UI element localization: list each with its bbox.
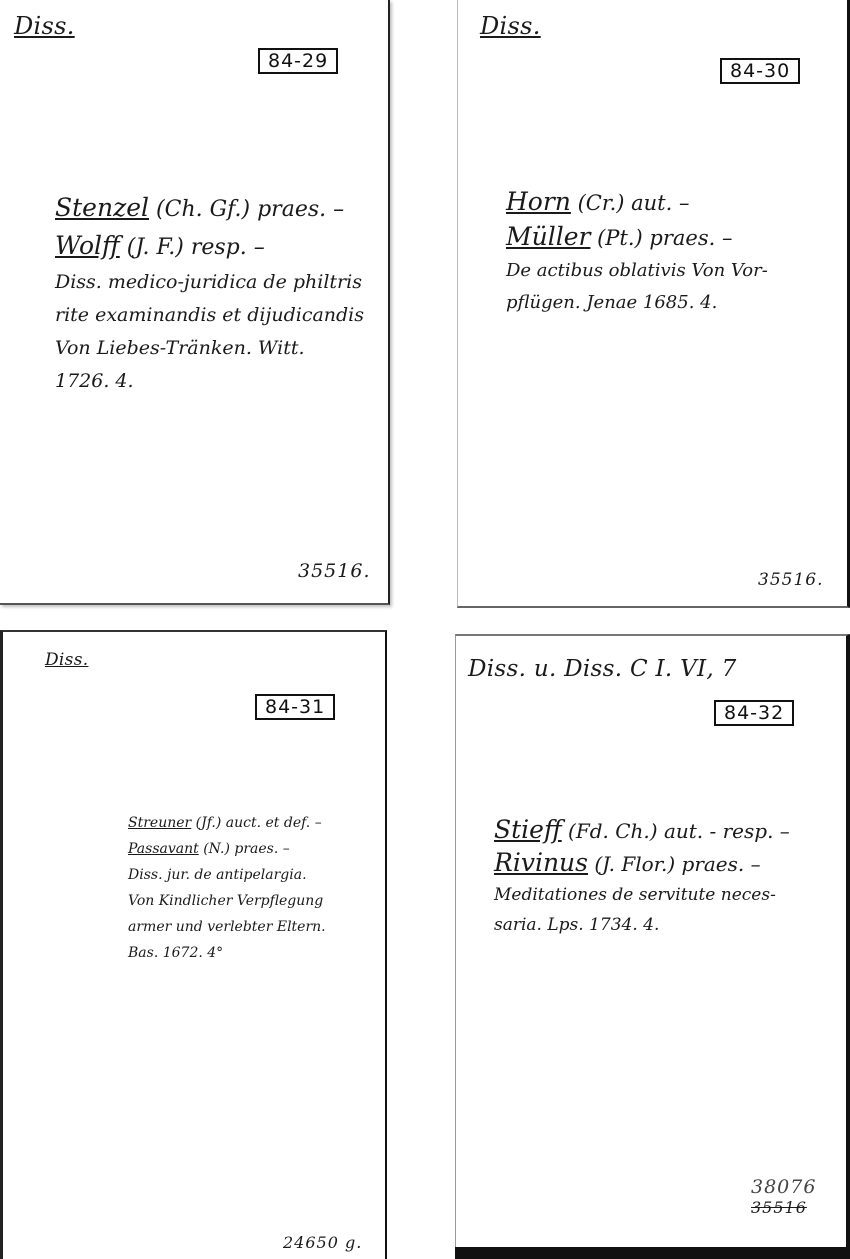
title-line: armer und verlebter Eltern.: [128, 914, 326, 940]
call-number: 84-30: [720, 58, 800, 84]
bibliographic-entry: Streuner (Jf.) auct. et def. – Passavant…: [128, 810, 326, 966]
author-name: Passavant: [128, 841, 199, 857]
bibliographic-entry: Stenzel (Ch. Gf.) praes. – Wolff (J. F.)…: [55, 190, 364, 398]
accession-number: 38076: [751, 1176, 816, 1198]
catalog-card-84-31: Diss. 84-31 Streuner (Jf.) auct. et def.…: [0, 630, 387, 1259]
catalog-card-84-29: Diss. 84-29 Stenzel (Ch. Gf.) praes. – W…: [0, 0, 390, 605]
author-name: Rivinus: [494, 848, 588, 877]
accession-number-block: 38076 35516: [751, 1176, 816, 1217]
title-line: 1726. 4.: [55, 365, 364, 398]
accession-number-struck: 35516: [751, 1198, 816, 1217]
header-mark: Diss.: [14, 12, 75, 40]
header-mark: Diss. u. Diss. C I. VI, 7: [468, 656, 737, 682]
author-role: (J. Flor.) praes. –: [588, 852, 761, 876]
call-number: 84-31: [255, 694, 335, 720]
call-number: 84-29: [258, 48, 338, 74]
title-line: saria. Lps. 1734. 4.: [494, 910, 790, 940]
title-line: Diss. jur. de antipelargia.: [128, 862, 326, 888]
title-line: De actibus oblativis Von Vor-: [506, 255, 768, 287]
author-role: (N.) praes. –: [199, 841, 290, 857]
accession-number: 35516.: [758, 570, 823, 590]
author-name: Stieff: [494, 815, 562, 844]
header-mark: Diss.: [480, 12, 541, 40]
author-role: (Fd. Ch.) aut. - resp. –: [562, 819, 790, 843]
author-name: Wolff: [55, 231, 120, 260]
author-name: Stenzel: [55, 193, 149, 222]
accession-number: 35516.: [298, 560, 370, 582]
title-line: rite examinandis et dijudicandis: [55, 299, 364, 332]
header-mark: Diss.: [45, 650, 88, 670]
title-line: Bas. 1672. 4°: [128, 940, 326, 966]
author-role: (J. F.) resp. –: [120, 235, 265, 260]
author-role: (Cr.) aut. –: [571, 191, 690, 215]
author-role: (Pt.) praes. –: [590, 226, 732, 250]
bibliographic-entry: Horn (Cr.) aut. – Müller (Pt.) praes. – …: [506, 185, 768, 319]
title-line: Von Kindlicher Verpflegung: [128, 888, 326, 914]
title-line: pflügen. Jenae 1685. 4.: [506, 287, 768, 319]
author-name: Müller: [506, 222, 590, 251]
author-role: (Jf.) auct. et def. –: [191, 815, 322, 831]
accession-number: 24650 g.: [283, 1233, 362, 1252]
catalog-card-84-32: Diss. u. Diss. C I. VI, 7 84-32 Stieff (…: [455, 634, 850, 1259]
title-line: Diss. medico-juridica de philtris: [55, 266, 364, 299]
scan-edge: [455, 1247, 850, 1259]
title-line: Von Liebes-Tränken. Witt.: [55, 332, 364, 365]
title-line: Meditationes de servitute neces-: [494, 880, 790, 910]
author-name: Horn: [506, 187, 571, 216]
catalog-card-84-30: Diss. 84-30 Horn (Cr.) aut. – Müller (Pt…: [457, 0, 850, 608]
author-name: Streuner: [128, 815, 191, 831]
author-role: (Ch. Gf.) praes. –: [149, 197, 344, 222]
call-number: 84-32: [714, 700, 794, 726]
bibliographic-entry: Stieff (Fd. Ch.) aut. - resp. – Rivinus …: [494, 814, 790, 940]
